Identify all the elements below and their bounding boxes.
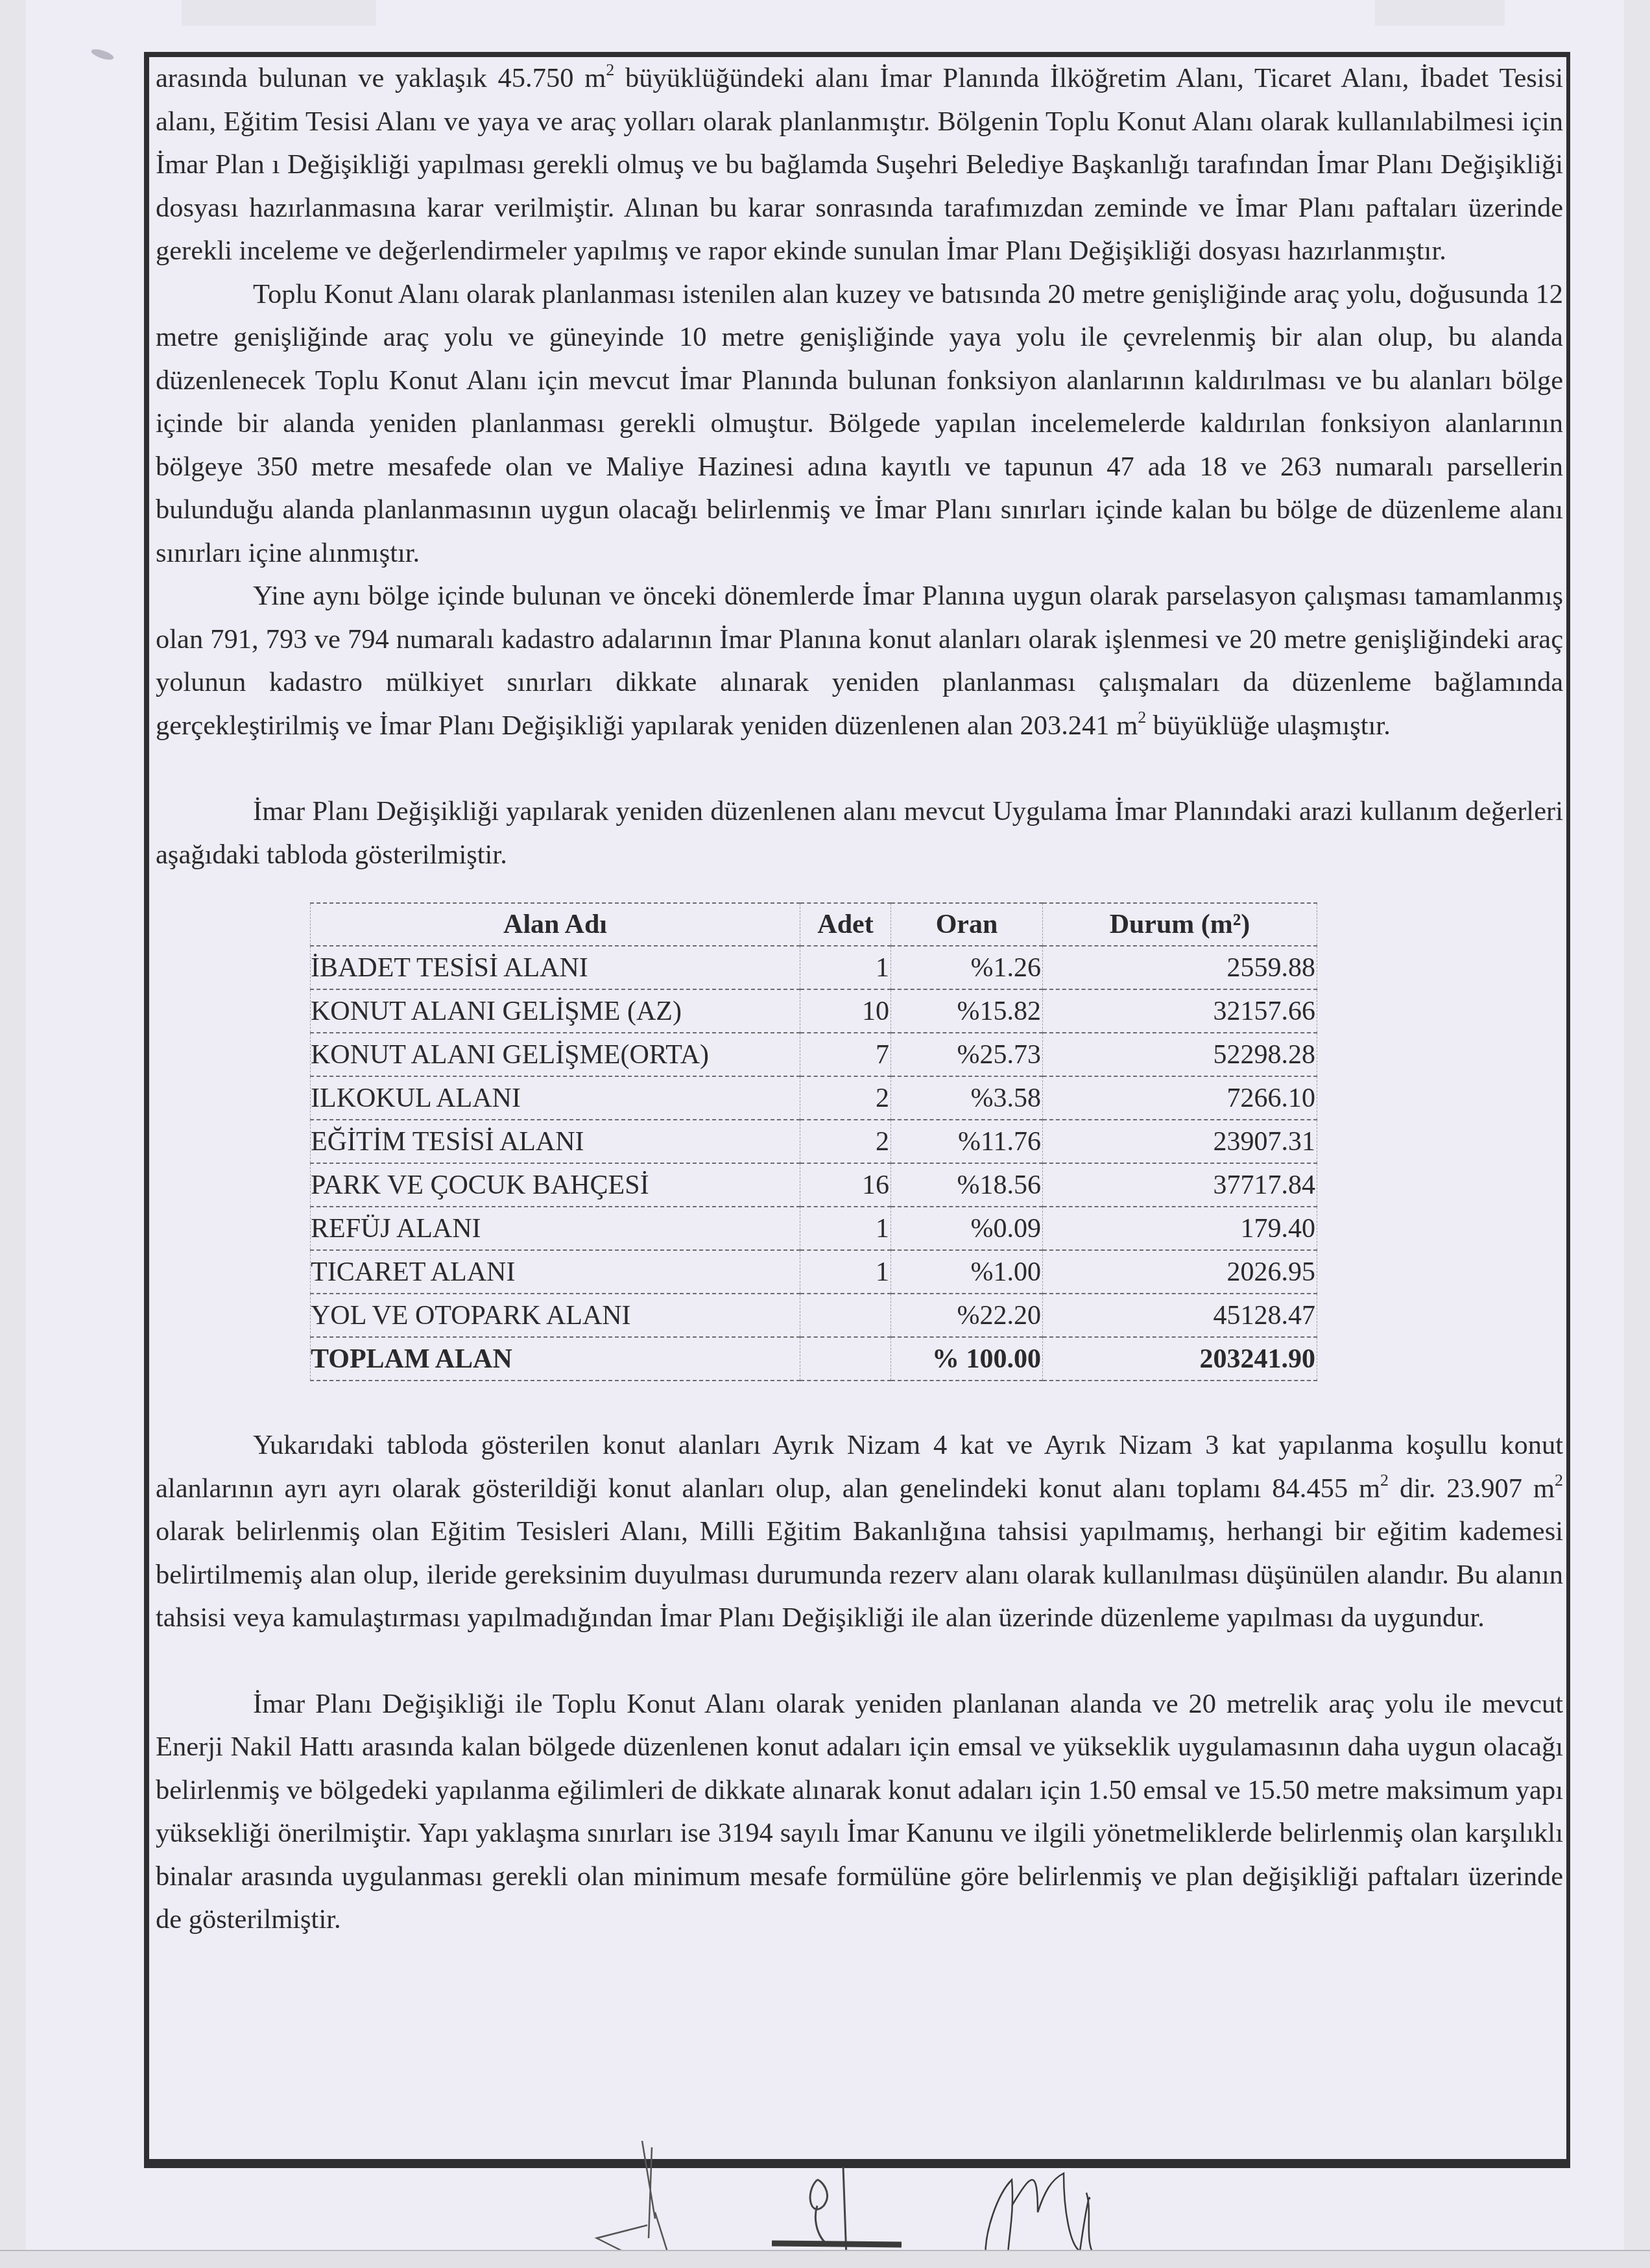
- text-run: arasında bulunan ve yaklaşık 45.750 m: [156, 63, 606, 93]
- cell-count: 10: [800, 989, 891, 1033]
- paragraph-4: İmar Planı Değişikliği yapılarak yeniden…: [156, 790, 1563, 876]
- cell-area: 179.40: [1043, 1207, 1317, 1250]
- spacer: [156, 1640, 1563, 1683]
- signatures: [558, 2141, 1336, 2264]
- table-row: TICARET ALANI 1 %1.00 2026.95: [311, 1250, 1317, 1294]
- signature-1-icon: [558, 2141, 687, 2264]
- cell-ratio: %25.73: [891, 1033, 1043, 1076]
- table-row: ILKOKUL ALANI 2 %3.58 7266.10: [311, 1076, 1317, 1120]
- land-use-table: Alan Adı Adet Oran Durum (m²) İBADET TES…: [310, 902, 1317, 1381]
- header-area: Durum (m²): [1043, 903, 1317, 946]
- table-row: YOL VE OTOPARK ALANI %22.20 45128.47: [311, 1294, 1317, 1337]
- header-ratio: Oran: [891, 903, 1043, 946]
- cell-area-name: REFÜJ ALANI: [311, 1207, 800, 1250]
- cell-ratio: %0.09: [891, 1207, 1043, 1250]
- cell-area-name: KONUT ALANI GELİŞME(ORTA): [311, 1033, 800, 1076]
- signature-2-icon: [772, 2141, 921, 2264]
- cell-area-name: EĞİTİM TESİSİ ALANI: [311, 1120, 800, 1163]
- cell-area-name: KONUT ALANI GELİŞME (AZ): [311, 989, 800, 1033]
- land-use-table-wrapper: Alan Adı Adet Oran Durum (m²) İBADET TES…: [310, 902, 1317, 1381]
- bleed-through-mark: [182, 0, 376, 26]
- signature-3-icon: [973, 2154, 1142, 2264]
- cell-count: 1: [800, 946, 891, 989]
- page-edge-right: [1624, 0, 1650, 2268]
- paragraph-1: arasında bulunan ve yaklaşık 45.750 m2 b…: [156, 57, 1563, 273]
- text-run: olarak belirlenmiş olan Eğitim Tesisleri…: [156, 1516, 1563, 1633]
- superscript: 2: [1138, 708, 1146, 727]
- cell-area: 23907.31: [1043, 1120, 1317, 1163]
- cell-area-name: YOL VE OTOPARK ALANI: [311, 1294, 800, 1337]
- cell-area: 52298.28: [1043, 1033, 1317, 1076]
- cell-count: 7: [800, 1033, 891, 1076]
- cell-area-name: PARK VE ÇOCUK BAHÇESİ: [311, 1163, 800, 1207]
- table-row: İBADET TESİSİ ALANI 1 %1.26 2559.88: [311, 946, 1317, 989]
- cell-area: 45128.47: [1043, 1294, 1317, 1337]
- cell-ratio: %1.26: [891, 946, 1043, 989]
- cell-total-count: [800, 1337, 891, 1381]
- table-row: KONUT ALANI GELİŞME(ORTA) 7 %25.73 52298…: [311, 1033, 1317, 1076]
- paragraph-6: İmar Planı Değişikliği ile Toplu Konut A…: [156, 1683, 1563, 1942]
- superscript: 2: [1555, 1471, 1563, 1490]
- table-row: PARK VE ÇOCUK BAHÇESİ 16 %18.56 37717.84: [311, 1163, 1317, 1207]
- cell-area: 7266.10: [1043, 1076, 1317, 1120]
- table-body: İBADET TESİSİ ALANI 1 %1.26 2559.88 KONU…: [311, 946, 1317, 1381]
- cell-count: 1: [800, 1207, 891, 1250]
- cell-ratio: %15.82: [891, 989, 1043, 1033]
- page-edge-left: [0, 0, 26, 2268]
- superscript: 2: [1380, 1471, 1389, 1490]
- cell-area-name: İBADET TESİSİ ALANI: [311, 946, 800, 989]
- cell-ratio: %18.56: [891, 1163, 1043, 1207]
- text-run: büyüklüğe ulaşmıştır.: [1146, 710, 1391, 741]
- cell-area: 2559.88: [1043, 946, 1317, 989]
- table-row: KONUT ALANI GELİŞME (AZ) 10 %15.82 32157…: [311, 989, 1317, 1033]
- text-run: Yukarıdaki tabloda gösterilen konut alan…: [156, 1430, 1563, 1504]
- cell-area: 2026.95: [1043, 1250, 1317, 1294]
- cell-count: 2: [800, 1120, 891, 1163]
- paragraph-3: Yine aynı bölge içinde bulunan ve önceki…: [156, 575, 1563, 747]
- spacer: [156, 747, 1563, 790]
- bleed-through-mark: [1375, 0, 1505, 26]
- header-count: Adet: [800, 903, 891, 946]
- cell-area-name: ILKOKUL ALANI: [311, 1076, 800, 1120]
- cell-ratio: %3.58: [891, 1076, 1043, 1120]
- cell-count: [800, 1294, 891, 1337]
- superscript: 2: [606, 60, 614, 79]
- cell-count: 16: [800, 1163, 891, 1207]
- cell-total-label: TOPLAM ALAN: [311, 1337, 800, 1381]
- cell-ratio: %11.76: [891, 1120, 1043, 1163]
- cell-ratio: %1.00: [891, 1250, 1043, 1294]
- table-total-row: TOPLAM ALAN % 100.00 203241.90: [311, 1337, 1317, 1381]
- table-row: EĞİTİM TESİSİ ALANI 2 %11.76 23907.31: [311, 1120, 1317, 1163]
- cell-total-ratio: % 100.00: [891, 1337, 1043, 1381]
- text-run: dir. 23.907 m: [1389, 1473, 1555, 1504]
- page-bottom-edge: [0, 2250, 1650, 2268]
- cell-total-area: 203241.90: [1043, 1337, 1317, 1381]
- cell-count: 2: [800, 1076, 891, 1120]
- spacer: [156, 1381, 1563, 1424]
- paragraph-5: Yukarıdaki tabloda gösterilen konut alan…: [156, 1424, 1563, 1640]
- table-row: REFÜJ ALANI 1 %0.09 179.40: [311, 1207, 1317, 1250]
- cell-area: 37717.84: [1043, 1163, 1317, 1207]
- cell-count: 1: [800, 1250, 891, 1294]
- header-area-name: Alan Adı: [311, 903, 800, 946]
- table-header-row: Alan Adı Adet Oran Durum (m²): [311, 903, 1317, 946]
- cell-area: 32157.66: [1043, 989, 1317, 1033]
- document-body: arasında bulunan ve yaklaşık 45.750 m2 b…: [156, 57, 1563, 1942]
- cell-ratio: %22.20: [891, 1294, 1043, 1337]
- paragraph-2: Toplu Konut Alanı olarak planlanması ist…: [156, 273, 1563, 575]
- cell-area-name: TICARET ALANI: [311, 1250, 800, 1294]
